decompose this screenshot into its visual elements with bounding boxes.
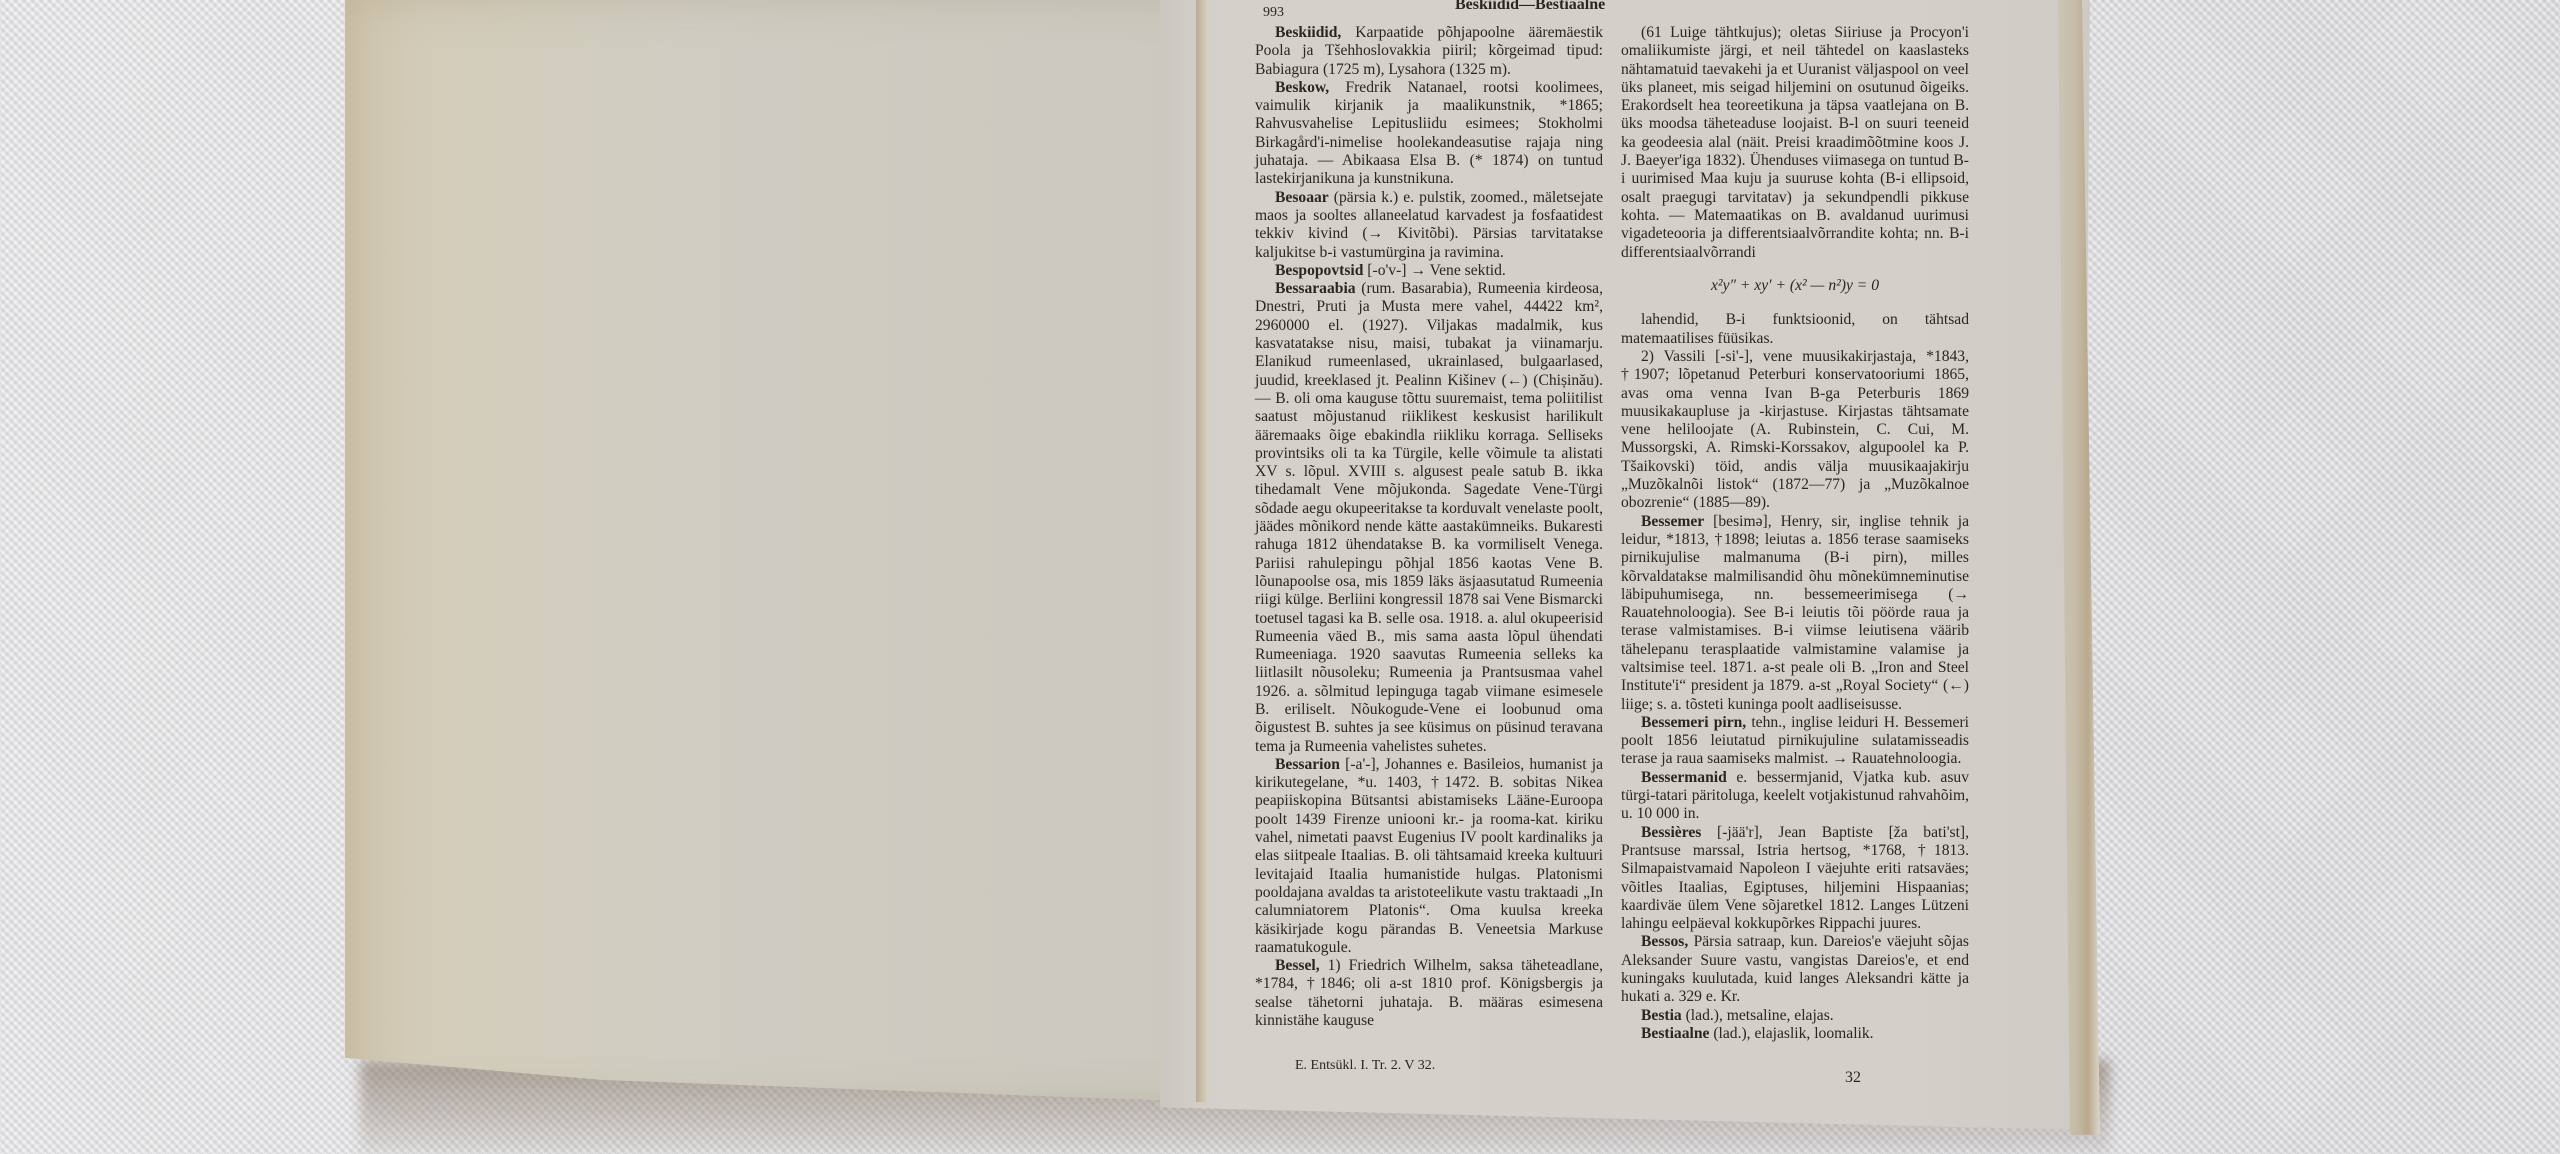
- running-head-title: Beskiidid—Bestiaalne: [1455, 0, 1605, 14]
- entry-headword: Besoaar: [1275, 189, 1329, 206]
- entry-text: (lad.), metsaline, elajas.: [1682, 1007, 1834, 1024]
- left-page-blank: [345, 0, 1205, 1102]
- entry-headword: Beskow,: [1275, 79, 1329, 96]
- entry-text: lahendid, B-i funktsioonid, on tähtsad m…: [1621, 311, 1969, 346]
- encyclopedia-entry: lahendid, B-i funktsioonid, on tähtsad m…: [1621, 311, 1969, 348]
- encyclopedia-entry: (61 Luige tähtkujus); oletas Siiriuse ja…: [1621, 24, 1969, 262]
- encyclopedia-entry: Bessaraabia (rum. Basarabia), Rumeenia k…: [1255, 280, 1603, 756]
- entry-headword: Bessières: [1641, 824, 1701, 841]
- encyclopedia-entry: Bessel, 1) Friedrich Wilhelm, saksa tähe…: [1255, 957, 1603, 1030]
- running-head: 993 Beskiidid—Bestiaalne: [1255, 4, 1975, 22]
- entry-text: (rum. Basarabia), Rumeenia kirdeosa, Dne…: [1255, 280, 1603, 754]
- entry-text: 2) Vassili [-si'-], vene muusikakirjasta…: [1621, 348, 1969, 511]
- encyclopedia-entry: Beskow, Fredrik Natanael, rootsi koolime…: [1255, 79, 1603, 189]
- entry-headword: Beskiidid,: [1275, 24, 1341, 41]
- column-left: Beskiidid, Karpaatide põhjapoolne ääremä…: [1255, 24, 1603, 1043]
- encyclopedia-entry: Beskiidid, Karpaatide põhjapoolne ääremä…: [1255, 24, 1603, 79]
- entry-text: [-o'v-] → Vene sektid.: [1363, 262, 1505, 279]
- text-columns: Beskiidid, Karpaatide põhjapoolne ääremä…: [1255, 24, 1975, 1043]
- page-number-top: 993: [1263, 4, 1284, 22]
- page-number-bottom: 32: [1845, 1069, 1861, 1087]
- entry-text: [besimə], Henry, sir, inglise tehnik ja …: [1621, 513, 1969, 713]
- encyclopedia-entry: Bestiaalne (lad.), elajaslik, loomalik.: [1621, 1025, 1969, 1043]
- entry-text: (61 Luige tähtkujus); oletas Siiriuse ja…: [1621, 24, 1969, 261]
- page-footer: E. Entsükl. I. Tr. 2. V 32. 32: [1255, 1057, 1975, 1087]
- entry-headword: Bessaraabia: [1275, 280, 1356, 297]
- encyclopedia-entry: Bessarion [-a'-], Johannes e. Basileios,…: [1255, 756, 1603, 957]
- encyclopedia-entry: Bessemer [besimə], Henry, sir, inglise t…: [1621, 513, 1969, 714]
- left-page-edge: [1196, 0, 1208, 1102]
- encyclopedia-entry: Bessières [-jää'r], Jean Baptiste [ža ba…: [1621, 824, 1969, 934]
- formula: x²y″ + xy′ + (x² — n²)y = 0: [1621, 277, 1969, 295]
- entry-text: [-a'-], Johannes e. Basileios, humanist …: [1255, 756, 1603, 956]
- encyclopedia-entry: Bessermanid e. bessermjanid, Vjatka kub.…: [1621, 769, 1969, 824]
- encyclopedia-entry: Besoaar (pärsia k.) e. pulstik, zoomed.,…: [1255, 189, 1603, 262]
- right-page-content: 993 Beskiidid—Bestiaalne Beskiidid, Karp…: [1255, 4, 1975, 1087]
- entry-text: (lad.), elajaslik, loomalik.: [1709, 1025, 1873, 1042]
- entry-headword: Bessel,: [1275, 957, 1320, 974]
- entry-headword: Bessarion: [1275, 756, 1340, 773]
- entry-headword: Bestia: [1641, 1007, 1682, 1024]
- entry-headword: Bestiaalne: [1641, 1025, 1709, 1042]
- entry-headword: Bessemeri pirn,: [1641, 714, 1746, 731]
- encyclopedia-entry: Bessos, Pärsia satraap, kun. Dareios'e v…: [1621, 933, 1969, 1006]
- entry-headword: Bessermanid: [1641, 769, 1727, 786]
- entry-headword: Bessos,: [1641, 933, 1688, 950]
- encyclopedia-entry: 2) Vassili [-si'-], vene muusikakirjasta…: [1621, 348, 1969, 513]
- entry-headword: Bessemer: [1641, 513, 1704, 530]
- encyclopedia-entry: Bespopovtsid [-o'v-] → Vene sektid.: [1255, 262, 1603, 280]
- encyclopedia-entry: Bessemeri pirn, tehn., inglise leiduri H…: [1621, 714, 1969, 769]
- column-right: (61 Luige tähtkujus); oletas Siiriuse ja…: [1621, 24, 1969, 1043]
- printer-signature: E. Entsükl. I. Tr. 2. V 32.: [1295, 1057, 1435, 1075]
- encyclopedia-entry: Bestia (lad.), metsaline, elajas.: [1621, 1007, 1969, 1025]
- entry-headword: Bespopovtsid: [1275, 262, 1363, 279]
